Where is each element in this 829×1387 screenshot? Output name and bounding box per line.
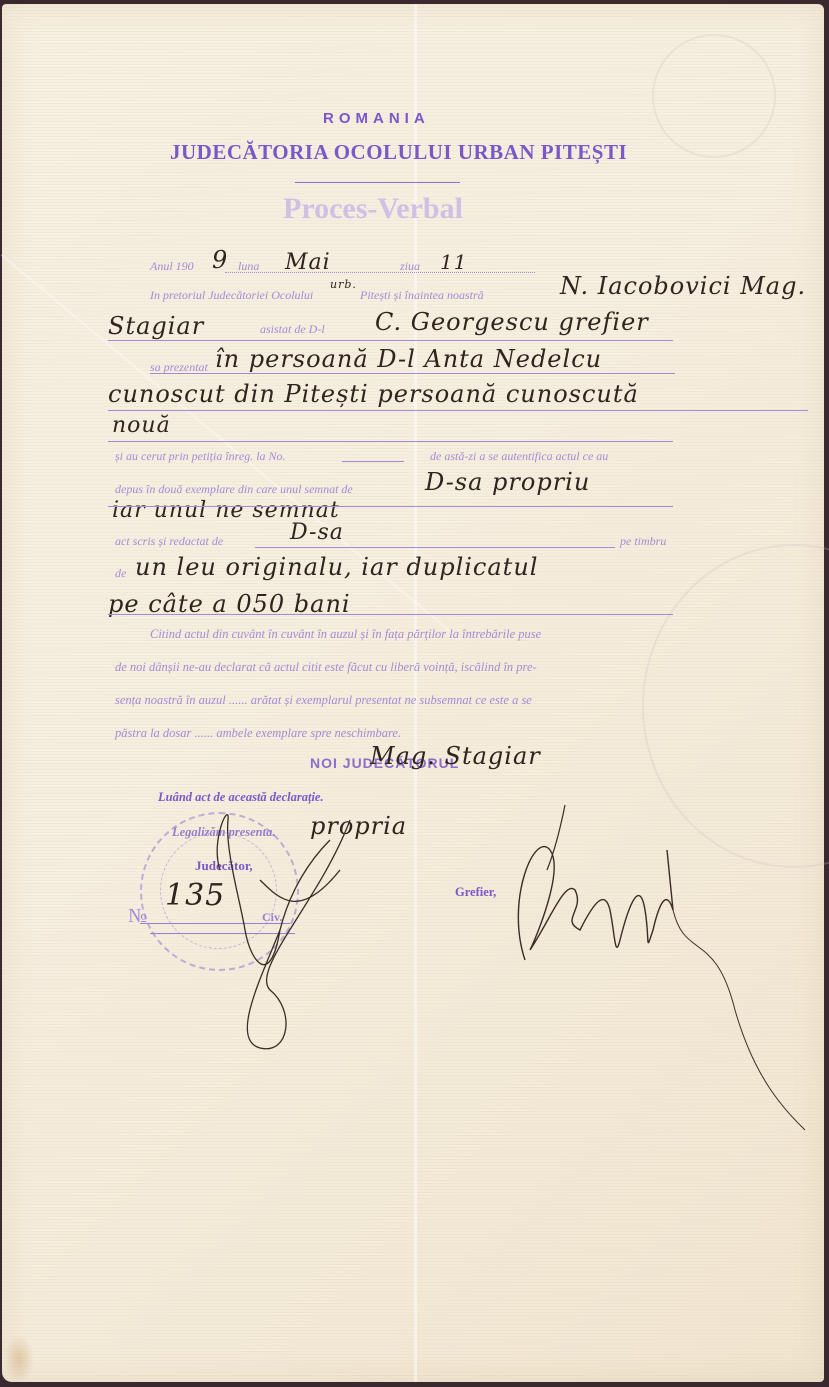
- registration-number-field: [342, 461, 404, 462]
- handwritten-insert: urb.: [330, 278, 357, 291]
- year-label: Anul 190: [150, 259, 194, 274]
- form-line: [255, 547, 615, 548]
- form-line: [108, 340, 673, 341]
- paper-stain: [4, 1334, 34, 1384]
- handwritten-text: Stagiar: [108, 312, 204, 340]
- grefier-label: Grefier,: [455, 885, 496, 900]
- printed-text: depus în două exemplare din care unul se…: [115, 482, 353, 497]
- form-line: [150, 373, 675, 374]
- year-value: 9: [212, 246, 228, 274]
- handwritten-text: în persoană D-l Anta Nedelcu: [215, 345, 602, 373]
- form-line: [108, 614, 673, 615]
- printed-text: de astă-zi a se autentifica actul ce au: [430, 449, 608, 464]
- printed-text: Pitești și înaintea noastră: [360, 288, 484, 303]
- legal-paragraph-line: păstra la dosar ...... ambele exemplare …: [115, 726, 401, 741]
- clerk-name: C. Georgescu grefier: [375, 308, 649, 336]
- judge-signature: [200, 780, 360, 1060]
- printed-text: In pretoriul Judecătoriei Ocolului: [150, 288, 313, 303]
- handwritten-text: D-sa propriu: [425, 468, 590, 496]
- legal-paragraph-line: de noi dânșii ne-au declarat că actul ci…: [115, 660, 537, 675]
- legal-paragraph-line: sența noastră în auzul ...... arătat și …: [115, 693, 532, 708]
- judge-title-handwritten: Mag. Stagiar: [370, 742, 541, 770]
- embossed-seal-top: [652, 34, 776, 158]
- printed-text: act scris și redactat de: [115, 534, 223, 549]
- handwritten-text: cunoscut din Pitești persoană cunoscută: [108, 380, 639, 408]
- header-country: ROMANIA: [323, 110, 430, 127]
- day-value: 11: [440, 250, 467, 274]
- form-line: [108, 441, 673, 442]
- printed-text: și au cerut prin petiția înreg. la No.: [115, 449, 286, 464]
- date-underline: [225, 272, 535, 273]
- document-title: Proces-Verbal: [283, 192, 463, 226]
- form-line: [108, 506, 673, 507]
- legal-paragraph-line: Citind actul din cuvânt în cuvânt în auz…: [150, 627, 541, 642]
- stamp-number-label: №: [128, 905, 147, 928]
- handwritten-text: D-sa: [290, 520, 344, 545]
- header-court: JUDECĂTORIA OCOLULUI URBAN PITEȘTI: [170, 140, 627, 165]
- clerk-signature: [495, 790, 815, 1130]
- printed-text: pe timbru: [620, 534, 666, 549]
- printed-text: de: [115, 566, 126, 581]
- form-line: [108, 410, 808, 411]
- printed-text: asistat de D-l: [260, 322, 325, 337]
- handwritten-text: un leu originalu, iar duplicatul: [135, 553, 538, 581]
- handwritten-text: nouă: [112, 413, 171, 438]
- magistrate-name: N. Iacobovici Mag.: [560, 272, 806, 300]
- header-divider: [295, 182, 460, 183]
